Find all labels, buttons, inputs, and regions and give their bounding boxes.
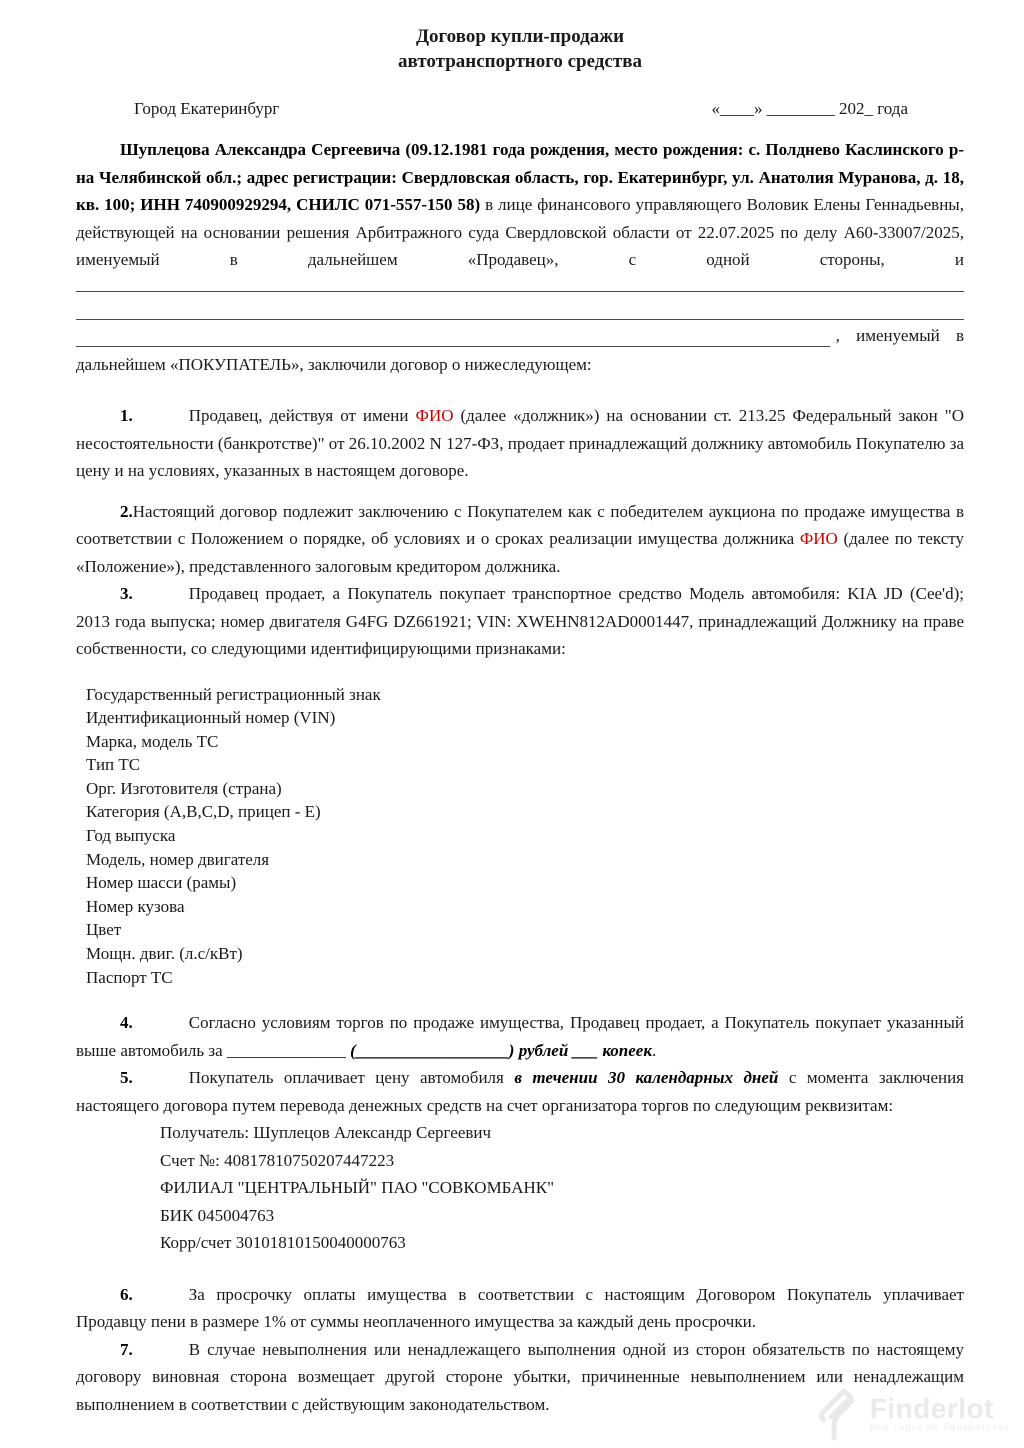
finderlot-logo-icon xyxy=(814,1386,866,1442)
clause-7-number: 7. xyxy=(120,1340,133,1359)
kopecks-label: копеек xyxy=(598,1041,652,1060)
vehicle-attribute: Паспорт ТС xyxy=(86,966,964,990)
vehicle-attribute: Марка, модель ТС xyxy=(86,730,964,754)
clause-5: 5.Покупатель оплачивает цену автомобиля … xyxy=(76,1064,964,1119)
watermark-brand: Finderlot xyxy=(870,1396,1010,1422)
contract-document-page: Договор купли-продажи автотранспортного … xyxy=(0,0,1024,1448)
vehicle-attributes-list: Государственный регистрационный знак Иде… xyxy=(86,683,964,990)
buyer-continuation: дальнейшем «ПОКУПАТЕЛЬ», заключили догов… xyxy=(76,351,964,379)
clause-5-number: 5. xyxy=(120,1068,133,1087)
clause-3-number: 3. xyxy=(120,584,133,603)
title-line-1: Договор купли-продажи xyxy=(76,24,964,49)
title-line-2: автотранспортного средства xyxy=(76,49,964,74)
vehicle-attribute: Номер шасси (рамы) xyxy=(86,871,964,895)
payment-details-block: Получатель: Шуплецов Александр Сергеевич… xyxy=(160,1119,964,1257)
vehicle-attribute: Номер кузова xyxy=(86,895,964,919)
payment-term-emphasis: в течении 30 календарных дней xyxy=(514,1068,778,1087)
clause-3: 3.Продавец продает, а Покупатель покупае… xyxy=(76,580,964,663)
seller-paragraph: Шуплецова Александра Сергеевича (09.12.1… xyxy=(76,136,964,274)
vehicle-attribute: Категория (A,B,C,D, прицеп - Е) xyxy=(86,800,964,824)
clause-2: 2.Настоящий договор подлежит заключению … xyxy=(76,498,964,581)
city-date-row: Город Екатеринбург «____» ________ 202_ … xyxy=(76,98,964,120)
buyer-blank-line xyxy=(76,292,964,320)
watermark-text: Finderlot Все торги по банкротству xyxy=(870,1396,1010,1433)
clause-4-number: 4. xyxy=(120,1013,133,1032)
clause-3-text: Продавец продает, а Покупатель покупает … xyxy=(76,584,964,658)
price-words-blank-field: (__________________) xyxy=(346,1041,515,1060)
buyer-blank-row: , именуемый в xyxy=(76,320,964,347)
clause-2-number: 2. xyxy=(120,502,133,521)
vehicle-attribute: Государственный регистрационный знак xyxy=(86,683,964,707)
clause-6-text: За просрочку оплаты имущества в соответс… xyxy=(76,1285,964,1332)
payment-recipient: Получатель: Шуплецов Александр Сергеевич xyxy=(160,1119,964,1147)
watermark: Finderlot Все торги по банкротству xyxy=(814,1386,1010,1442)
payment-corr-account: Корр/счет 30101810150040000763 xyxy=(160,1229,964,1257)
vehicle-attribute: Цвет xyxy=(86,918,964,942)
kopecks-blank-field: ___ xyxy=(568,1041,598,1060)
clause-6-number: 6. xyxy=(120,1285,133,1304)
price-blank-field: ______________ xyxy=(227,1041,346,1060)
vehicle-attribute: Идентификационный номер (VIN) xyxy=(86,706,964,730)
clause-5-text: Покупатель оплачивает цену автомобиля xyxy=(189,1068,515,1087)
clause-6: 6.За просрочку оплаты имущества в соотве… xyxy=(76,1281,964,1336)
watermark-tagline: Все торги по банкротству xyxy=(870,1422,1010,1433)
buyer-suffix-text: , именуемый в xyxy=(830,325,964,347)
vehicle-attribute: Орг. Изготовителя (страна) xyxy=(86,777,964,801)
fio-placeholder: ФИО xyxy=(800,529,838,548)
date-blank: «____» ________ 202_ года xyxy=(711,98,908,120)
clause-1-text: Продавец, действуя от имени xyxy=(189,406,416,425)
payment-bik: БИК 045004763 xyxy=(160,1202,964,1230)
clause-1: 1.Продавец, действуя от имени ФИО (далее… xyxy=(76,402,964,485)
document-title: Договор купли-продажи автотранспортного … xyxy=(76,24,964,74)
city-label: Город Екатеринбург xyxy=(134,98,279,120)
buyer-blank-line xyxy=(76,274,964,292)
buyer-blank-line xyxy=(76,319,830,347)
payment-account: Счет №: 40817810750207447223 xyxy=(160,1147,964,1175)
payment-bank: ФИЛИАЛ "ЦЕНТРАЛЬНЫЙ" ПАО "СОВКОМБАНК" xyxy=(160,1174,964,1202)
vehicle-attribute: Модель, номер двигателя xyxy=(86,848,964,872)
vehicle-attribute: Год выпуска xyxy=(86,824,964,848)
clause-4: 4.Согласно условиям торгов по продаже им… xyxy=(76,1009,964,1064)
clause-1-number: 1. xyxy=(120,406,133,425)
clause-4-period: . xyxy=(652,1041,656,1060)
rubles-label: рублей xyxy=(514,1041,568,1060)
vehicle-attribute: Тип ТС xyxy=(86,753,964,777)
vehicle-attribute: Мощн. двиг. (л.с/кВт) xyxy=(86,942,964,966)
fio-placeholder: ФИО xyxy=(416,406,454,425)
